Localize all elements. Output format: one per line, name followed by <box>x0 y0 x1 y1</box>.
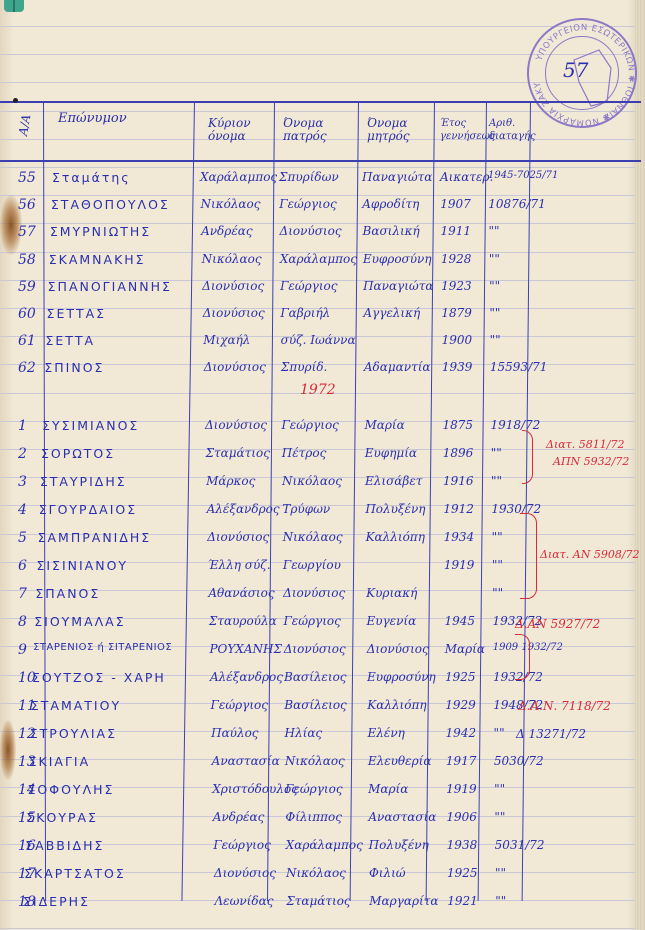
cell-mother: Πολυξένη <box>365 502 425 516</box>
cell-ref: "" <box>489 279 500 293</box>
cell-first-name: Έλλη σύζ. <box>208 558 271 572</box>
cell-year: 1925 <box>445 670 476 684</box>
cell-first-name: Λεωνίδας <box>214 894 273 908</box>
cell-num: 55 <box>18 170 36 186</box>
cell-num: 60 <box>18 306 36 322</box>
table-row: 17ΣΚΑΡΤΣΑΤΟΣΔιονύσιοςΝικόλαοςΦιλιώ1925"" <box>0 866 645 896</box>
cell-first-name: Ανδρέας <box>213 810 265 824</box>
cell-father: Διονύσιος <box>280 224 342 238</box>
table-row: 3ΣΤΑΥΡΙΔΗΣΜάρκοςΝικόλαοςΕλισάβετ1916"" <box>0 474 645 504</box>
cell-ref: "" <box>492 586 503 600</box>
cell-surname: Σταμάτης <box>52 170 131 185</box>
cell-year: 1939 <box>442 360 473 374</box>
cell-surname: ΣΟΥΤΖΟΣ - ΧΑΡΗ <box>32 670 166 685</box>
cell-year: 1912 <box>443 502 474 516</box>
section-year: 1972 <box>300 382 336 398</box>
header-bottom-rule <box>0 160 641 162</box>
cell-num: 8 <box>18 614 27 630</box>
cell-surname: ΣΚΙΑΓΙΑ <box>29 754 91 769</box>
cell-year: 1923 <box>441 279 472 293</box>
cell-ref: "" <box>495 894 506 908</box>
cell-first-name: Αλέξανδρος <box>210 670 283 684</box>
cell-mother: Ελευθερία <box>368 754 432 768</box>
table-row: 16ΣΑΒΒΙΔΗΣΓεώργιοςΧαράλαμποςΠολυξένη1938… <box>0 838 645 868</box>
cell-father: Γεώργιος <box>283 614 340 628</box>
cell-ref: "" <box>489 252 500 266</box>
cell-ref: "" <box>489 224 500 238</box>
cell-father: Σταμάτιος <box>286 894 350 908</box>
cell-mother: Καλλιόπη <box>366 530 425 544</box>
cell-first-name: Διονύσιος <box>202 279 264 293</box>
cell-surname: ΣΓΟΥΡΔΑΙΟΣ <box>39 502 137 517</box>
table-row: 15ΣΚΟΥΡΑΣΑνδρέαςΦίλιπποςΑναστασία1906"" <box>0 810 645 840</box>
cell-ref: "" <box>489 306 500 320</box>
cell-surname: ΣΠΑΝΟΣ <box>35 586 100 601</box>
cell-year: 1907 <box>440 197 471 211</box>
cell-first-name: Γεώργιος <box>213 838 270 852</box>
cell-ref: "" <box>494 782 505 796</box>
cell-ref: "" <box>491 446 502 460</box>
cell-first-name: Παύλος <box>211 726 258 740</box>
cell-mother: Ευγενία <box>366 614 416 628</box>
cell-first-name: Διονύσιος <box>214 866 276 880</box>
cell-surname: ΣΤΑΥΡΙΔΗΣ <box>40 474 127 489</box>
bracket-mark <box>522 430 533 484</box>
cell-first-name: Γεώργιος <box>211 698 268 712</box>
cell-year: 1900 <box>442 333 473 347</box>
cell-surname: ΣΤΑΡΕΝΙΟΣ ή ΣΙΤΑΡΕΝΙΟΣ <box>33 642 172 653</box>
cell-father: Φίλιππος <box>285 810 342 824</box>
cell-mother: Ευφροσύνη <box>367 670 436 684</box>
cell-father: Γαβριήλ <box>280 306 330 320</box>
cell-year: 1945 <box>444 614 475 628</box>
cell-first-name: Μάρκος <box>206 474 255 488</box>
cell-surname: ΣΙΟΥΜΑΛΑΣ <box>34 614 125 629</box>
binding-tab <box>4 0 24 12</box>
cell-first-name: ΡΟΥΧΑΝΗΣ <box>209 642 282 656</box>
cell-ref: 10876/71 <box>488 197 546 211</box>
cell-num: 4 <box>18 502 27 518</box>
cell-father: Νικόλαος <box>282 474 342 488</box>
header-first-name: Κύριον όνομα <box>208 117 251 143</box>
table-row: 7ΣΠΑΝΟΣΑθανάσιοςΔιονύσιοςΚυριακή"" <box>0 586 645 616</box>
official-stamp: ΥΠΟΥΡΓΕΙΟΝ ΕΣΩΤΕΡΙΚΩΝ ✱ ΙΟΘΝΑΙΖ ✱ ΝΟΜΑΡΧ… <box>527 18 637 128</box>
cell-father: Γεωργίου <box>283 558 341 572</box>
cell-year: 1929 <box>445 698 476 712</box>
cell-num: 57 <box>18 224 36 240</box>
cell-father: Γεώργιος <box>280 279 337 293</box>
table-row: 57ΣΜΥΡΝΙΩΤΗΣΑνδρέαςΔιονύσιοςΒασιλική1911… <box>0 224 645 254</box>
cell-year: 1896 <box>443 446 474 460</box>
cell-father: Διονύσιος <box>283 586 345 600</box>
cell-first-name: Διονύσιος <box>203 306 265 320</box>
margin-note: Δ 13271/72 <box>516 727 586 741</box>
cell-surname: ΣΙΣΙΝΙΑΝΟΥ <box>36 558 128 573</box>
cell-first-name: Αλέξανδρος <box>207 502 280 516</box>
table-row: 4ΣΓΟΥΡΔΑΙΟΣΑλέξανδροςΤρύφωνΠολυξένη19121… <box>0 502 645 532</box>
cell-surname: ΣΕΤΤΑ <box>45 333 95 348</box>
cell-father: Νικόλαος <box>283 530 343 544</box>
cell-father: Γεώργιος <box>285 782 342 796</box>
cell-year: 1921 <box>447 894 478 908</box>
cell-ref: "" <box>492 558 503 572</box>
cell-num: 59 <box>18 279 36 295</box>
cell-year: 1928 <box>441 252 472 266</box>
cell-father: Σπυρίδ. <box>281 360 327 374</box>
cell-mother: Φιλιώ <box>369 866 406 880</box>
stamp-signature: 57 <box>563 58 588 82</box>
table-row: 9ΣΤΑΡΕΝΙΟΣ ή ΣΙΤΑΡΕΝΙΟΣΡΟΥΧΑΝΗΣΔιονύσιος… <box>0 642 645 672</box>
cell-year: Αικατερ. <box>440 170 493 184</box>
cell-father: Σπυρίδων <box>279 170 339 184</box>
table-row: 6ΣΙΣΙΝΙΑΝΟΥΈλλη σύζ.Γεωργίου1919"" <box>0 558 645 588</box>
cell-first-name: Νικόλαος <box>202 252 262 266</box>
cell-father: Χαράλαμπος <box>286 838 363 852</box>
cell-father: Τρύφων <box>282 502 330 516</box>
cell-mother: Παναγιώτα <box>362 170 432 184</box>
ink-dot <box>13 98 18 103</box>
cell-ref: 15593/71 <box>490 360 548 374</box>
margin-note: Διατ. 5811/72 <box>546 438 624 451</box>
cell-surname: ΣΤΑΘΟΠΟΥΛΟΣ <box>51 197 170 212</box>
cell-ref: 5031/72 <box>495 838 545 852</box>
cell-first-name: Διονύσιος <box>207 530 269 544</box>
table-row: 14ΣΟΦΟΥΛΗΣΧριστόδουλοςΓεώργιοςΜαρία1919"… <box>0 782 645 812</box>
cell-surname: ΣΠΑΝΟΓΙΑΝΝΗΣ <box>48 279 172 294</box>
cell-num: 5 <box>18 530 27 546</box>
cell-year: 1942 <box>446 726 477 740</box>
cell-mother: Αγγελική <box>363 306 420 320</box>
header-aa: Α/Α <box>16 113 33 136</box>
margin-note: ΑΠΝ 5932/72 <box>553 455 629 468</box>
table-row: 18ΣΙΔΕΡΗΣΛεωνίδαςΣταμάτιοςΜαργαρίτα1921"… <box>0 894 645 924</box>
cell-mother: Μαρία <box>364 418 404 432</box>
cell-surname: ΣΟΡΩΤΟΣ <box>41 446 115 461</box>
cell-first-name: Μιχαήλ <box>203 333 250 347</box>
margin-note: Δ.Α.Ν. 7118/72 <box>518 699 611 713</box>
cell-father: Νικόλαος <box>286 866 346 880</box>
cell-num: 7 <box>18 586 27 602</box>
cell-father: Ηλίας <box>285 726 323 740</box>
cell-father: Χαράλαμπος <box>280 252 357 266</box>
cell-num: 61 <box>18 333 36 349</box>
cell-num: 9 <box>18 642 27 658</box>
header-surname: Επώνυμον <box>58 112 127 125</box>
cell-year: 1919 <box>444 558 475 572</box>
table-row: 59ΣΠΑΝΟΓΙΑΝΝΗΣΔιονύσιοςΓεώργιοςΠαναγιώτα… <box>0 279 645 309</box>
cell-ref: "" <box>492 530 503 544</box>
cell-first-name: Αναστασία <box>212 754 280 768</box>
cell-mother: Ελένη <box>368 726 405 740</box>
cell-mother: Καλλιόπη <box>367 698 426 712</box>
cell-first-name: Ανδρέας <box>201 224 253 238</box>
cell-num: 6 <box>18 558 27 574</box>
header-mother-name: Όνομα μητρός <box>367 117 410 143</box>
cell-ref: "" <box>494 726 505 740</box>
cell-surname: ΣΟΦΟΥΛΗΣ <box>28 782 115 797</box>
cell-ref: "" <box>494 810 505 824</box>
cell-mother: Ευφημία <box>365 446 417 460</box>
cell-surname: ΣΤΑΜΑΤΙΟΥ <box>31 698 121 713</box>
cell-surname: ΣΙΔΕΡΗΣ <box>23 894 90 909</box>
table-row: 56ΣΤΑΘΟΠΟΥΛΟΣΝικόλαοςΓεώργιοςΑφροδίτη190… <box>0 197 645 227</box>
cell-num: 1 <box>18 418 27 434</box>
cell-surname: ΣΑΜΠΡΑΝΙΔΗΣ <box>38 530 152 545</box>
cell-mother: Αδαμαντία <box>364 360 431 374</box>
cell-first-name: Σταυρούλα <box>209 614 277 628</box>
cell-surname: ΣΑΒΒΙΔΗΣ <box>25 838 104 853</box>
cell-surname: ΣΚΟΥΡΑΣ <box>26 810 98 825</box>
margin-note: Διατ. ΑΝ 5908/72 <box>540 548 640 561</box>
cell-mother: Αναστασία <box>368 810 436 824</box>
cell-year: 1916 <box>443 474 474 488</box>
cell-ref: 1918/72 <box>490 418 540 432</box>
header-order-number: Αριθ. διαταγής <box>489 117 536 143</box>
cell-father: Πέτρος <box>282 446 327 460</box>
cell-year: 1934 <box>444 530 475 544</box>
cell-ref: 1930/72 <box>491 502 541 516</box>
cell-ref: "" <box>491 474 502 488</box>
bracket-mark <box>520 513 537 599</box>
cell-surname: ΣΤΡΟΥΛΙΑΣ <box>30 726 117 741</box>
ruled-line <box>0 167 635 168</box>
table-row: 60ΣΕΤΤΑΣΔιονύσιοςΓαβριήλΑγγελική1879"" <box>0 306 645 336</box>
header-father-name: Όνομα πατρός <box>283 117 327 143</box>
ruled-line <box>0 928 635 929</box>
cell-surname: ΣΠΙΝΟΣ <box>44 360 104 375</box>
cell-year: 1925 <box>447 866 478 880</box>
cell-ref: 1945-7025/71 <box>488 170 558 181</box>
cell-year: 1917 <box>446 754 477 768</box>
cell-first-name: Σταμάτιος <box>206 446 270 460</box>
cell-first-name: Αθανάσιος <box>208 586 274 600</box>
cell-year: 1938 <box>447 838 478 852</box>
cell-mother: Πολυξένη <box>369 838 429 852</box>
cell-father: Γεώργιος <box>281 418 338 432</box>
cell-first-name: Διονύσιος <box>205 418 267 432</box>
cell-surname: ΣΚΑΡΤΣΑΤΟΣ <box>24 866 126 881</box>
cell-mother: Ελισάβετ <box>365 474 422 488</box>
cell-mother: Μαρία <box>368 782 408 796</box>
cell-mother: Αφροδίτη <box>362 197 419 211</box>
ledger-page: ΥΠΟΥΡΓΕΙΟΝ ΕΣΩΤΕΡΙΚΩΝ ✱ ΙΟΘΝΑΙΖ ✱ ΝΟΜΑΡΧ… <box>0 0 645 930</box>
cell-father: σύζ. Ιωάννα <box>281 333 356 347</box>
table-row: 61ΣΕΤΤΑΜιχαήλσύζ. Ιωάννα1900"" <box>0 333 645 363</box>
table-row: 55ΣταμάτηςΧαράλαμποςΣπυρίδωνΠαναγιώταΑικ… <box>0 170 645 200</box>
cell-num: 2 <box>18 446 27 462</box>
cell-num: 58 <box>18 252 36 268</box>
header-top-rule <box>0 101 641 103</box>
cell-num: 62 <box>18 360 36 376</box>
cell-ref: "" <box>495 866 506 880</box>
cell-year: 1919 <box>446 782 477 796</box>
cell-father: Βασίλειος <box>284 670 347 684</box>
cell-surname: ΣΜΥΡΝΙΩΤΗΣ <box>50 224 151 239</box>
cell-num: 56 <box>18 197 36 213</box>
cell-year: 1911 <box>441 224 472 238</box>
table-row: 10ΣΟΥΤΖΟΣ - ΧΑΡΗΑλέξανδροςΒασίλειοςΕυφρο… <box>0 670 645 700</box>
cell-mother: Βασιλική <box>363 224 420 238</box>
cell-mother: Ευφροσύνη <box>363 252 432 266</box>
cell-father: Νικόλαος <box>285 754 345 768</box>
cell-mother: Παναγιώτα <box>363 279 433 293</box>
cell-mother: Κυριακή <box>366 586 417 600</box>
cell-num: 3 <box>18 474 27 490</box>
cell-father: Διονύσιος <box>284 642 346 656</box>
cell-year: 1906 <box>446 810 477 824</box>
cell-year: 1875 <box>442 418 473 432</box>
margin-note: Δ.ΑΝ 5927/72 <box>515 617 600 631</box>
cell-year: Μαρία <box>445 642 485 656</box>
cell-father: Γεώργιος <box>279 197 336 211</box>
cell-father: Βασίλειος <box>284 698 347 712</box>
cell-surname: ΣΥΣΙΜΙΑΝΟΣ <box>42 418 139 433</box>
header-birth-year: Έτος γεννήσεως <box>440 117 495 143</box>
cell-surname: ΣΚΑΜΝΑΚΗΣ <box>49 252 146 267</box>
cell-first-name: Διονύσιος <box>204 360 266 374</box>
cell-ref: 5030/72 <box>494 754 544 768</box>
bracket-mark <box>515 634 530 680</box>
cell-ref: "" <box>490 333 501 347</box>
cell-first-name: Χαράλαμπος <box>200 170 277 184</box>
cell-mother: Διονύσιος <box>367 642 429 656</box>
cell-mother: Μαργαρίτα <box>369 894 438 908</box>
cell-year: 1879 <box>441 306 472 320</box>
cell-first-name: Νικόλαος <box>201 197 261 211</box>
table-row: 13ΣΚΙΑΓΙΑΑναστασίαΝικόλαοςΕλευθερία19175… <box>0 754 645 784</box>
cell-surname: ΣΕΤΤΑΣ <box>47 306 107 321</box>
table-row: 58ΣΚΑΜΝΑΚΗΣΝικόλαοςΧαράλαμποςΕυφροσύνη19… <box>0 252 645 282</box>
